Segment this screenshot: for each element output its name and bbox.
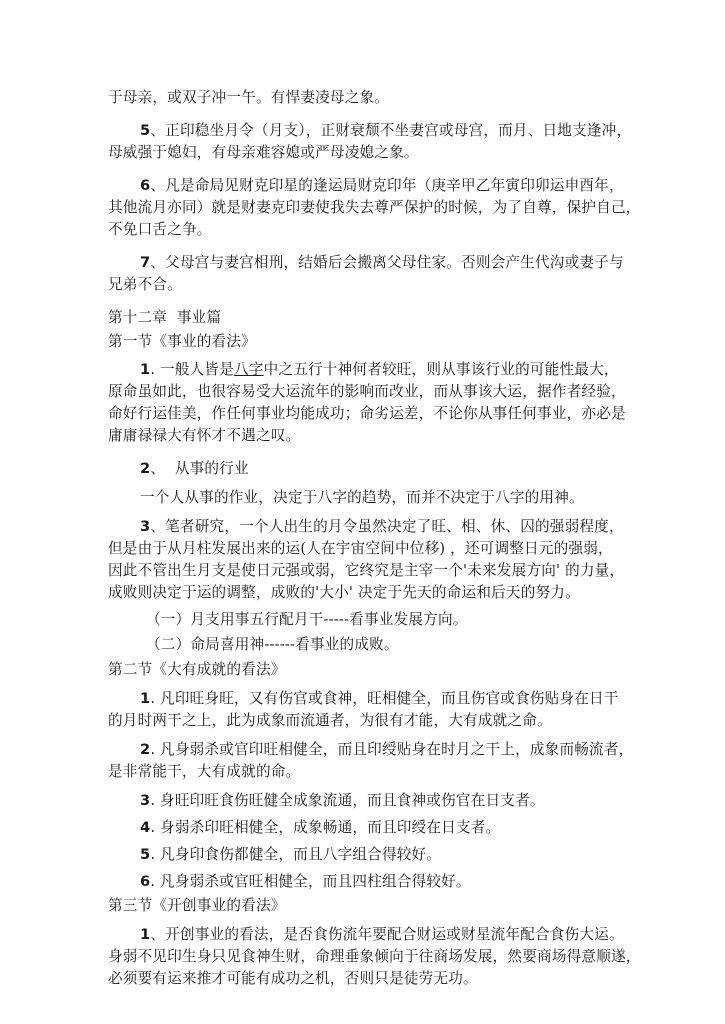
item-number: 6: [140, 873, 150, 890]
paragraph-line: 的月时两干之上，此为成象而流通者，为很有才能，大有成就之命。: [108, 711, 616, 731]
section-title: 第二节《大有成就的看法》: [108, 660, 616, 680]
item-number: 5: [140, 846, 150, 863]
paragraph-line: 但是由于从月柱发展出来的运(人在宇宙空间中位移) ，还可调整日元的强弱，: [108, 539, 616, 559]
item-number: 2: [140, 460, 150, 477]
sub-item: （一）月支用事五行配月干-----看事业发展方向。: [146, 610, 654, 630]
item-text: 中之五行十神何者较旺，则从事该行业的可能性最大，: [264, 361, 619, 378]
paragraph-line: 兄弟不合。: [108, 275, 616, 295]
list-item-4: 4. 身弱杀印旺相健全，成象畅通，而且印绶在日支者。: [140, 818, 616, 838]
item-text: 、正印稳坐月令（月支），正财衰颓不坐妻宫或母宫，而月、日地支逢冲，: [150, 122, 631, 139]
paragraph-line: 原命虽如此，也很容易受大运流年的影响而改业，而从事该大运，据作者经验，: [108, 382, 616, 402]
list-item-6: 6、凡是命局见财克印星的逢运局财克印年（庚辛甲乙年寅印卯运申酉年，: [140, 176, 616, 196]
item-number: 1: [140, 690, 150, 707]
item-number: 1: [140, 926, 150, 943]
paragraph-line: 身弱不见印生身只见食神生财，命理垂象倾向于往商场发展，然要商场得意顺遂，: [108, 947, 616, 967]
item-text: 、父母宫与妻宫相刑，结婚后会搬离父母住家。否则会产生代沟或妻子与: [150, 254, 623, 271]
underlined-term: 八字: [234, 361, 264, 378]
section-title: 第一节《事业的看法》: [108, 332, 616, 352]
paragraph-line: 成败则决定于运的调整，成败的'大小' 决定于先天的命运和后天的努力。: [108, 583, 616, 603]
list-item-3: 3、笔者研究，一个人出生的月令虽然决定了旺、相、休、囚的强弱程度，: [140, 517, 616, 537]
document-page: 于母亲，或双子冲一午。有悍妻凌母之象。 5、正印稳坐月令（月支），正财衰颓不坐妻…: [0, 0, 725, 1024]
list-item-1: 1. 一般人皆是八字中之五行十神何者较旺，则从事该行业的可能性最大，: [140, 360, 616, 380]
item-number: 1: [140, 361, 150, 378]
item-text: . 凡身印食伤都健全，而且八字组合得较好。: [150, 846, 441, 863]
item-number: 3: [140, 518, 150, 535]
item-number: 7: [140, 254, 150, 271]
paragraph-line: 必须要有运来推才可能有成功之机，否则只是徒劳无功。: [108, 969, 616, 989]
paragraph-line: 庸庸禄禄大有怀才不遇之叹。: [108, 426, 616, 446]
section-title: 第三节《开创事业的看法》: [108, 896, 616, 916]
list-item-2: 2、 从事的行业: [140, 459, 616, 479]
list-item-5: 5、正印稳坐月令（月支），正财衰颓不坐妻宫或母宫，而月、日地支逢冲，: [140, 121, 616, 141]
item-text: . 凡身弱杀或官旺相健全，而且四柱组合得较好。: [150, 873, 470, 890]
item-text: 、笔者研究，一个人出生的月令虽然决定了旺、相、休、囚的强弱程度，: [150, 518, 623, 535]
sub-item: （二）命局喜用神------看事业的成败。: [146, 635, 654, 655]
item-text: 、开创事业的看法，是否食伤流年要配合财运或财星流年配合食伤大运。: [150, 926, 623, 943]
paragraph-line: 母威强于媳妇，有母亲难容媳或严母凌媳之象。: [108, 143, 616, 163]
item-text: 、凡是命局见财克印星的逢运局财克印年（庚辛甲乙年寅印卯运申酉年，: [150, 177, 623, 194]
item-number: 5: [140, 122, 150, 139]
item-text: . 身旺印旺食伤旺健全成象流通，而且食神或伤官在日支者。: [150, 792, 544, 809]
item-number: 3: [140, 792, 150, 809]
item-text: . 凡身弱杀或官印旺相健全，而且印绶贴身在时月之干上，成象而畅流者，: [150, 741, 633, 758]
item-text: . 凡印旺身旺，又有伤官或食神，旺相健全，而且伤官或食伤贴身在日干: [150, 690, 618, 707]
item-number: 2: [140, 741, 150, 758]
item-number: 4: [140, 819, 150, 836]
paragraph-line: 是非常能干，大有成就的命。: [108, 762, 616, 782]
list-item-1: 1、开创事业的看法，是否食伤流年要配合财运或财星流年配合食伤大运。: [140, 925, 616, 945]
list-item-7: 7、父母宫与妻宫相刑，结婚后会搬离父母住家。否则会产生代沟或妻子与: [140, 253, 616, 273]
paragraph-line: 于母亲，或双子冲一午。有悍妻凌母之象。: [108, 88, 616, 108]
paragraph-line: 一个人从事的作业，决定于八字的趋势，而并不决定于八字的用神。: [140, 488, 616, 508]
list-item-2: 2. 凡身弱杀或官印旺相健全，而且印绶贴身在时月之干上，成象而畅流者，: [140, 740, 616, 760]
item-text: . 身弱杀印旺相健全，成象畅通，而且印绶在日支者。: [150, 819, 500, 836]
list-item-1: 1. 凡印旺身旺，又有伤官或食神，旺相健全，而且伤官或食伤贴身在日干: [140, 689, 616, 709]
list-item-5: 5. 凡身印食伤都健全，而且八字组合得较好。: [140, 845, 616, 865]
item-text: . 一般人皆是: [150, 361, 234, 378]
paragraph-line: 命好行运佳美，作任何事业均能成功；命劣运差，不论你从事任何事业，亦必是: [108, 404, 616, 424]
item-text: 、 从事的行业: [150, 460, 248, 477]
list-item-3: 3. 身旺印旺食伤旺健全成象流通，而且食神或伤官在日支者。: [140, 791, 616, 811]
chapter-title: 第十二章 事业篇: [108, 308, 616, 328]
paragraph-line: 不免口舌之争。: [108, 220, 616, 240]
item-number: 6: [140, 177, 150, 194]
paragraph-line: 其他流月亦同）就是财妻克印妻使我失去尊严保护的时候，为了自尊，保护自己，: [108, 198, 616, 218]
paragraph-line: 因此不管出生月支是使日元强或弱，它终究是主宰一个'未来发展方向' 的力量，: [108, 561, 616, 581]
list-item-6: 6. 凡身弱杀或官旺相健全，而且四柱组合得较好。: [140, 872, 616, 892]
